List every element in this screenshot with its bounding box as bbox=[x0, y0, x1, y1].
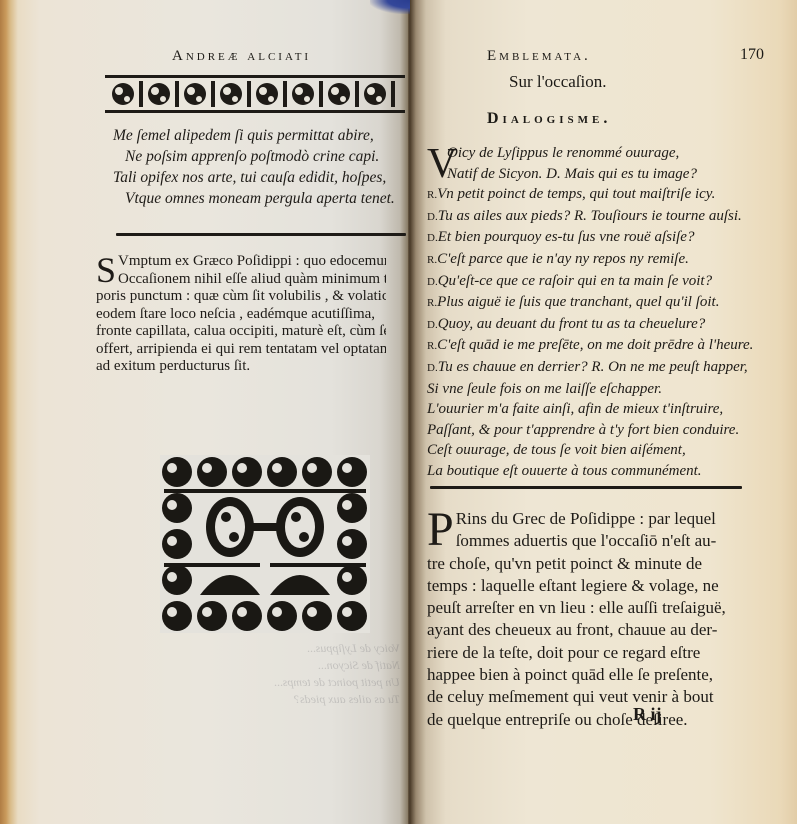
dialogue-text: Plus aiguë ie ſuis que tranchant, quel q… bbox=[437, 294, 719, 310]
commentary-line: Rins du Grec de Poſidippe : par lequel bbox=[427, 508, 757, 530]
dialogue-text: Et bien pourquoy es-tu ſus vne rouë aſsi… bbox=[438, 229, 695, 245]
bleed-line: Voicy de Lyſippus... bbox=[200, 640, 400, 657]
dropcap: S bbox=[96, 255, 116, 285]
speaker-mark: R. bbox=[427, 297, 437, 309]
commentary-line: poris punctum : quæ cùm ſit volubilis , … bbox=[96, 288, 386, 306]
commentary-line: Vmptum ex Græco Poſidippi : quo edocemur… bbox=[96, 253, 386, 271]
speaker-mark: D. bbox=[427, 362, 438, 374]
dialogue-text: Si vne ſeule fois on me laiſſe eſchapper… bbox=[427, 381, 662, 397]
dialogue-line: Si vne ſeule fois on me laiſſe eſchapper… bbox=[427, 379, 757, 400]
dialogue-text: Qu'eſt-ce que ce raſoir qui en ta main ſ… bbox=[438, 273, 712, 289]
emblem-subtitle: Sur l'occaſion. bbox=[509, 72, 606, 92]
horizontal-rule bbox=[430, 486, 742, 489]
section-title: Dialogisme. bbox=[487, 110, 611, 128]
signature-mark: R ij bbox=[633, 704, 662, 725]
verse-line: Tali opifex nos arte, tui cauſa edidit, … bbox=[113, 167, 403, 188]
dialogue-text: C'eſt parce que ie n'ay ny repos ny remi… bbox=[437, 251, 689, 267]
dialogue-text: L'ouurier m'a faite ainſi, afin de mieux… bbox=[427, 401, 723, 417]
dialogue-text: Quoy, au deuant du front tu as ta cheuel… bbox=[438, 316, 706, 332]
dialogue-line: R.Vn petit poinct de temps, qui tout mai… bbox=[427, 184, 757, 206]
dialogue-text: Oicy de Lyſippus le renommé ouurage, bbox=[447, 145, 679, 161]
dialogue-line: Ceſt ouurage, de tous ſe voit bien aiſém… bbox=[427, 440, 757, 461]
dropcap: P bbox=[427, 510, 454, 550]
dialogue-text: La boutique eſt ouuerte à tous communéme… bbox=[427, 463, 702, 479]
verse-line: Me ſemel alipedem ſi quis permittat abir… bbox=[113, 125, 403, 146]
speaker-mark: R. bbox=[427, 189, 437, 201]
left-page: Andreæ alciati Me bbox=[0, 0, 410, 824]
speaker-mark: R. bbox=[427, 254, 437, 266]
speaker-mark: D. bbox=[427, 211, 438, 223]
commentary-line: de celuy meſmement qui veut venir à bout bbox=[427, 686, 757, 708]
floral-band-ornament-icon bbox=[105, 73, 405, 115]
bleed-through-text: Voicy de Lyſippus... Natif de Sicyon... … bbox=[200, 640, 400, 708]
dialogue-text: C'eſt quād ie me preſēte, on me doit prē… bbox=[437, 337, 753, 353]
dialogue-line: R.C'eſt quād ie me preſēte, on me doit p… bbox=[427, 335, 757, 357]
bleed-line: Natif de Sicyon... bbox=[200, 657, 400, 674]
dialogue-line: Natif de Sicyon. D. Mais qui es tu image… bbox=[427, 164, 757, 185]
speaker-mark: D. bbox=[427, 232, 438, 244]
dialogue-line: Paſſant, & pour t'apprendre à t'y fort b… bbox=[427, 420, 757, 441]
french-dialogue-verse: V Oicy de Lyſippus le renommé ouurage, N… bbox=[427, 143, 757, 482]
dropcap: V bbox=[427, 143, 457, 185]
dialogue-line: D.Tu es chauue en derrier? R. On ne me p… bbox=[427, 357, 757, 379]
commentary-line: de quelque entrepriſe ou choſe deſiree. bbox=[427, 709, 757, 731]
dialogue-text: Natif de Sicyon. D. Mais qui es tu image… bbox=[447, 166, 697, 182]
bleed-line: Tu as ailes aux pieds? bbox=[200, 691, 400, 708]
commentary-line: eodem ſtare loco neſcia , eadémque acuti… bbox=[96, 306, 386, 324]
french-commentary: P Rins du Grec de Poſidippe : par lequel… bbox=[427, 508, 757, 731]
commentary-line: riere de la teſte, doit pour ce regard e… bbox=[427, 642, 757, 664]
book-spread: Andreæ alciati Me bbox=[0, 0, 797, 824]
dialogue-text: Tu as ailes aux pieds? R. Touſiours ie t… bbox=[438, 208, 742, 224]
dialogue-line: D.Qu'eſt-ce que ce raſoir qui en ta main… bbox=[427, 271, 757, 293]
dialogue-line: La boutique eſt ouuerte à tous communéme… bbox=[427, 461, 757, 482]
dialogue-line: D.Et bien pourquoy es-tu ſus vne rouë aſ… bbox=[427, 227, 757, 249]
speaker-mark: R. bbox=[427, 340, 437, 352]
dialogue-line: R.Plus aiguë ie ſuis que tranchant, quel… bbox=[427, 292, 757, 314]
dialogue-line: R.C'eſt parce que ie n'ay ny repos ny re… bbox=[427, 249, 757, 271]
running-head-right: Emblemata. bbox=[487, 48, 591, 65]
commentary-line: ayant des cheueux au front, chauue au de… bbox=[427, 619, 757, 641]
page-number: 170 bbox=[740, 46, 764, 64]
dialogue-line: L'ouurier m'a faite ainſi, afin de mieux… bbox=[427, 399, 757, 420]
commentary-line: temps : laquelle eſtant legiere & volage… bbox=[427, 575, 757, 597]
latin-epigram-verse: Me ſemel alipedem ſi quis permittat abir… bbox=[113, 125, 403, 209]
commentary-line: ſommes aduertis que l'occaſiō n'eſt au- bbox=[427, 530, 757, 552]
dialogue-text: Paſſant, & pour t'apprendre à t'y fort b… bbox=[427, 422, 739, 438]
verse-line: Ne poſsim apprenſo poſtmodò crine capi. bbox=[113, 146, 403, 167]
horizontal-rule bbox=[116, 233, 406, 236]
dialogue-text: Vn petit poinct de temps, qui tout maiſt… bbox=[437, 186, 715, 202]
dialogue-text: Tu es chauue en derrier? R. On ne me peu… bbox=[438, 359, 748, 375]
dialogue-text: Ceſt ouurage, de tous ſe voit bien aiſém… bbox=[427, 442, 686, 458]
arabesque-tile-ornament-icon bbox=[160, 455, 370, 633]
commentary-line: tre choſe, qu'vn petit poinct & minute d… bbox=[427, 553, 757, 575]
running-head-left: Andreæ alciati bbox=[172, 48, 311, 65]
commentary-line: peuſt arreſter en vn lieu : elle auſſi t… bbox=[427, 597, 757, 619]
commentary-line: offert, arripienda ei qui rem tentatam v… bbox=[96, 341, 386, 359]
dialogue-line: Oicy de Lyſippus le renommé ouurage, bbox=[427, 143, 757, 164]
dialogue-line: D.Quoy, au deuant du front tu as ta cheu… bbox=[427, 314, 757, 336]
commentary-line: ad exitum perducturus ſit. bbox=[96, 358, 386, 376]
commentary-line: happee bien à poinct quād elle ſe preſen… bbox=[427, 664, 757, 686]
commentary-line: Occaſionem nihil eſſe aliud quàm minimum… bbox=[96, 271, 386, 289]
dialogue-line: D.Tu as ailes aux pieds? R. Touſiours ie… bbox=[427, 206, 757, 228]
commentary-line: fronte capillata, calua occipiti, maturè… bbox=[96, 323, 386, 341]
speaker-mark: D. bbox=[427, 319, 438, 331]
bleed-line: Un petit poinct de temps... bbox=[200, 674, 400, 691]
speaker-mark: D. bbox=[427, 276, 438, 288]
latin-commentary: S Vmptum ex Græco Poſidippi : quo edocem… bbox=[96, 253, 386, 376]
verse-line: Vtque omnes moneam pergula aperta tenet. bbox=[113, 188, 403, 209]
